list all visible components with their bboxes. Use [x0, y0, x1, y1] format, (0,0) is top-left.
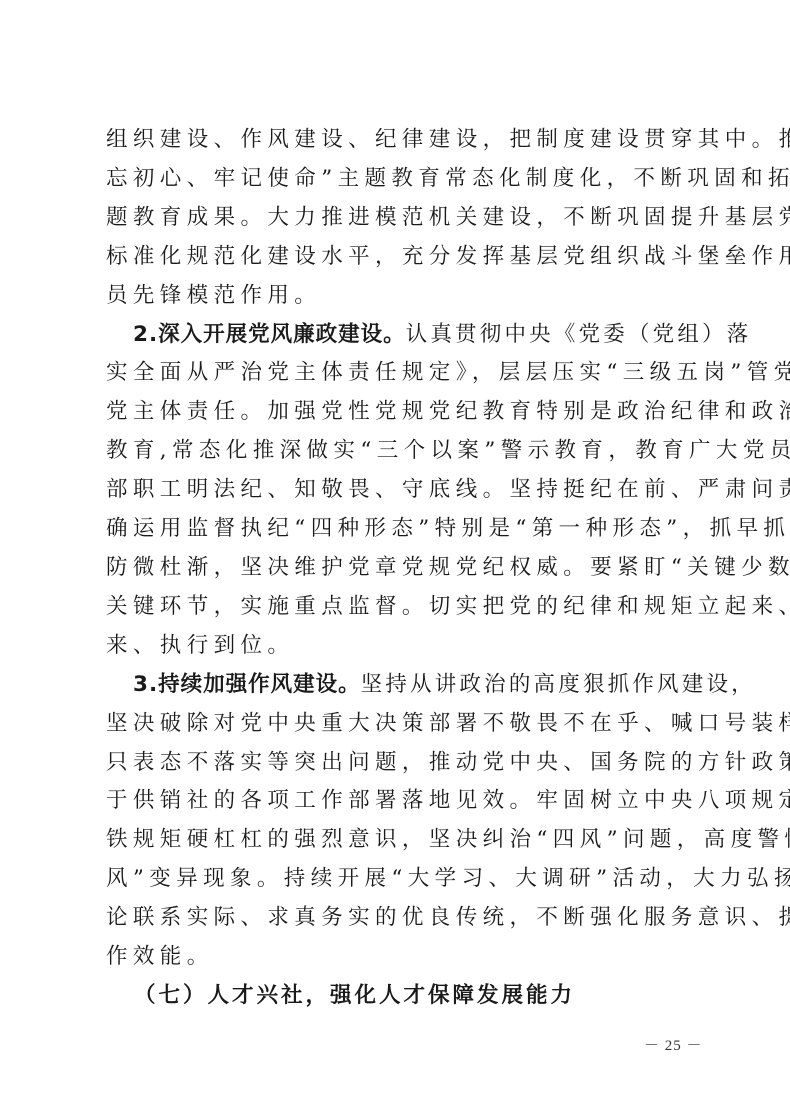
page-number: － 25 －: [644, 1034, 703, 1055]
section-heading-talent: （七）人才兴社，强化人才保障发展能力: [106, 977, 692, 1016]
text-run: 认真贯彻中央《党委（党组）落: [406, 322, 752, 347]
text-line: 实全面从严治党主体责任规定》，层层压实“三级五岗”管党治: [106, 354, 692, 393]
text-line-with-heading: 3.持续加强作风建设。坚持从讲政治的高度狠抓作风建设，: [106, 666, 692, 705]
text-line: 员先锋模范作用。: [106, 277, 692, 316]
text-line: 坚决破除对党中央重大决策部署不敬畏不在乎、喊口号装样子、: [106, 705, 692, 744]
paragraph-party-building: 组织建设、作风建设、纪律建设，把制度建设贯穿其中。推进“不 忘初心、牢记使命”主…: [106, 121, 692, 316]
text-line: 部职工明法纪、知敬畏、守底线。坚持挺纪在前、严肃问责。正: [106, 471, 692, 510]
text-line: 关键环节，实施重点监督。切实把党的纪律和规矩立起来、严起: [106, 588, 692, 627]
text-line-with-heading: 2.深入开展党风廉政建设。认真贯彻中央《党委（党组）落: [106, 316, 692, 355]
text-run: 坚持从讲政治的高度狠抓作风建设，: [361, 672, 756, 697]
text-line: 防微杜渐，坚决维护党章党规党纪权威。要紧盯“关键少数”和: [106, 549, 692, 588]
text-line: 只表态不落实等突出问题，推动党中央、国务院的方针政策和关: [106, 744, 692, 783]
text-line: 铁规矩硬杠杠的强烈意识，坚决纠治“四风”问题，高度警惕“四: [106, 821, 692, 860]
text-line: 题教育成果。大力推进模范机关建设，不断巩固提升基层党组织: [106, 199, 692, 238]
text-line: 教育,常态化推深做实“三个以案”警示教育，教育广大党员干: [106, 432, 692, 471]
paragraph-work-style: 3.持续加强作风建设。坚持从讲政治的高度狠抓作风建设， 坚决破除对党中央重大决策…: [106, 666, 692, 977]
text-line: 确运用监督执纪“四种形态”特别是“第一种形态”，抓早抓小，: [106, 510, 692, 549]
text-line: 论联系实际、求真务实的优良传统，不断强化服务意识、提升工: [106, 899, 692, 938]
text-line: 忘初心、牢记使命”主题教育常态化制度化，不断巩固和拓展主: [106, 160, 692, 199]
text-line: 组织建设、作风建设、纪律建设，把制度建设贯穿其中。推进“不: [106, 121, 692, 160]
document-page: 组织建设、作风建设、纪律建设，把制度建设贯穿其中。推进“不 忘初心、牢记使命”主…: [0, 0, 790, 1118]
text-line: 于供销社的各项工作部署落地见效。牢固树立中央八项规定精神: [106, 782, 692, 821]
document-body: 组织建设、作风建设、纪律建设，把制度建设贯穿其中。推进“不 忘初心、牢记使命”主…: [106, 121, 692, 1016]
paragraph-clean-government: 2.深入开展党风廉政建设。认真贯彻中央《党委（党组）落 实全面从严治党主体责任规…: [106, 316, 692, 666]
text-line: 作效能。: [106, 938, 692, 977]
subsection-heading-2: 2.深入开展党风廉政建设。: [133, 322, 406, 347]
text-line: 风”变异现象。持续开展“大学习、大调研”活动，大力弘扬理: [106, 860, 692, 899]
text-line: 标准化规范化建设水平，充分发挥基层党组织战斗堡垒作用和党: [106, 238, 692, 277]
text-line: 党主体责任。加强党性党规党纪教育特别是政治纪律和政治规矩: [106, 393, 692, 432]
subsection-heading-3: 3.持续加强作风建设。: [133, 672, 361, 697]
text-line: 来、执行到位。: [106, 627, 692, 666]
